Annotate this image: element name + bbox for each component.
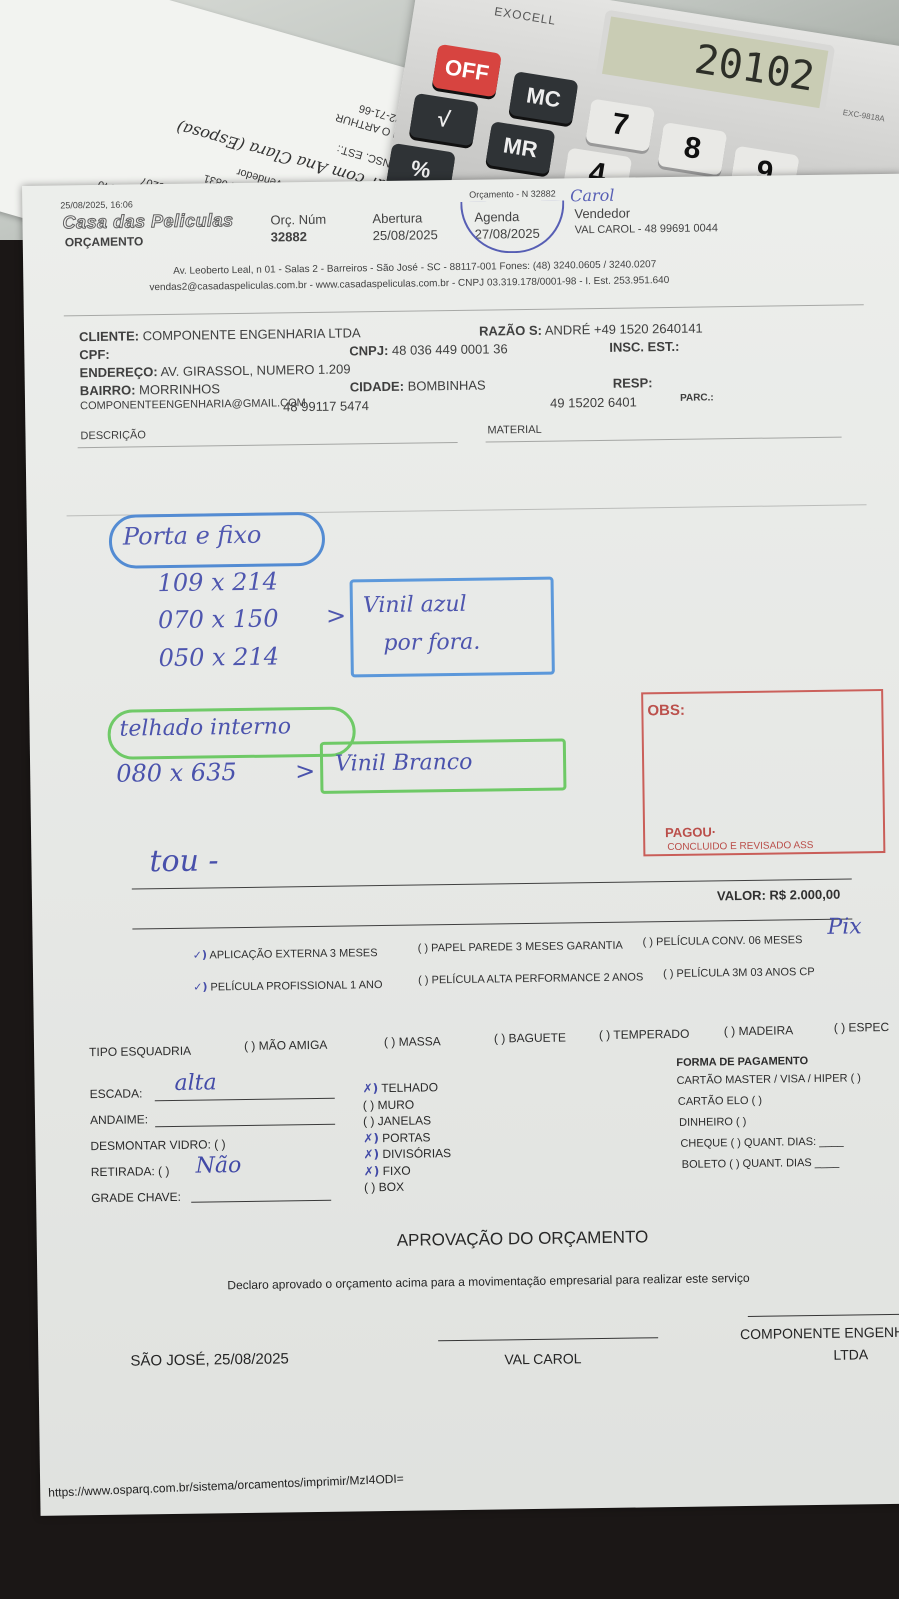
- checkbox[interactable]: ( ): [384, 1035, 396, 1049]
- service-label: PAPEL PAREDE 3 MESES GARANTIA: [428, 940, 623, 955]
- esquadria-option-label: ESPEC: [845, 1020, 889, 1035]
- endereco-value: AV. GIRASSOL, NUMERO 1.209: [160, 361, 350, 379]
- esquadria-option[interactable]: ( ) TEMPERADO: [599, 1027, 690, 1042]
- bairro-label: BAIRRO:: [80, 382, 136, 398]
- group2-material: Vinil Branco: [335, 750, 473, 777]
- agenda-circled-mark: [460, 200, 565, 253]
- cpf-label: CPF:: [79, 347, 110, 362]
- calculator-brand: EXOCELL: [493, 4, 557, 28]
- bairro-value: MORRINHOS: [139, 381, 220, 397]
- checkmark-icon[interactable]: ✗): [363, 1081, 379, 1095]
- payment-note: Pix: [827, 914, 862, 939]
- checkbox[interactable]: ( ): [494, 1031, 506, 1045]
- checkbox[interactable]: ( ): [418, 942, 429, 954]
- endereco-label: ENDEREÇO:: [80, 364, 158, 380]
- quote-reference: Orçamento - N 32882: [469, 189, 556, 200]
- location-option[interactable]: ( ) MURO: [363, 1097, 415, 1112]
- razao-value: ANDRÉ +49 1520 2640141: [545, 321, 703, 338]
- grade-chave-line[interactable]: [191, 1200, 331, 1203]
- esquadria-option-label: MASSA: [395, 1034, 441, 1049]
- total-value: VALOR: R$ 2.000,00: [717, 887, 841, 904]
- endereco-row: ENDEREÇO: AV. GIRASSOL, NUMERO 1.209: [80, 361, 351, 380]
- group1-size: 050 x 214: [158, 642, 279, 672]
- checkmark-icon[interactable]: ✗): [363, 1131, 379, 1145]
- location-label: TELHADO: [378, 1080, 438, 1095]
- signer-1: VAL CAROL: [504, 1350, 581, 1367]
- signer-2: COMPONENTE ENGENHARIA: [740, 1323, 899, 1342]
- cliente-value: COMPONENTE ENGENHARIA LTDA: [143, 325, 361, 343]
- group1-material: por fora.: [383, 630, 480, 656]
- location-option[interactable]: ✗) PORTAS: [363, 1130, 430, 1145]
- cnpj-label: CNPJ:: [349, 343, 388, 359]
- company-logo: Casa das Peliculas: [62, 210, 233, 233]
- concluido-stamp: CONCLUIDO E REVISADO ASS: [667, 840, 813, 853]
- calculator-key-sqrt: √: [409, 93, 479, 146]
- location-option[interactable]: ( ) JANELAS: [363, 1113, 431, 1128]
- resp-label: RESP:: [613, 375, 653, 391]
- esquadria-option-label: MADEIRA: [735, 1023, 793, 1038]
- calculator-model: EXC-9818A: [842, 108, 885, 123]
- payment-option[interactable]: DINHEIRO ( ): [679, 1116, 746, 1129]
- bairro-row: BAIRRO: MORRINHOS: [80, 381, 220, 398]
- service-option[interactable]: ( ) PELÍCULA CONV. 06 MESES: [643, 934, 803, 948]
- calculator-key-mc: MC: [508, 71, 578, 124]
- service-option[interactable]: ✓) PELÍCULA PROFISSIONAL 1 ANO: [193, 978, 382, 994]
- signature-line[interactable]: [438, 1337, 658, 1341]
- calculator-key-8: 8: [657, 122, 727, 175]
- group2-title: telhado interno: [119, 714, 291, 741]
- location-label: JANELAS: [374, 1113, 431, 1128]
- checkmark-icon[interactable]: ✗): [364, 1164, 380, 1178]
- service-label: PELÍCULA CONV. 06 MESES: [653, 934, 803, 948]
- insc-label: INSC. EST.:: [609, 339, 679, 355]
- checkmark-icon[interactable]: ✗): [363, 1147, 379, 1161]
- client-email: COMPONENTEENGENHARIA@GMAIL.COM: [80, 397, 306, 412]
- esquadria-option[interactable]: ( ) MÃO AMIGA: [244, 1038, 328, 1053]
- razao-label: RAZÃO S:: [479, 323, 542, 339]
- col-material: MATERIAL: [487, 424, 541, 437]
- retirada-value: Não: [196, 1153, 242, 1179]
- location-option[interactable]: ✗) FIXO: [364, 1163, 411, 1178]
- group1-size: 109 x 214: [157, 567, 278, 597]
- checkbox[interactable]: ( ): [599, 1028, 611, 1042]
- service-label: APLICAÇÃO EXTERNA 3 MESES: [207, 947, 378, 961]
- payment-title: FORMA DE PAGAMENTO: [676, 1055, 808, 1069]
- service-option[interactable]: ( ) PELÍCULA ALTA PERFORMANCE 2 ANOS: [418, 971, 643, 986]
- location-label: DIVISÓRIAS: [379, 1146, 451, 1161]
- checkbox[interactable]: ( ): [363, 1114, 375, 1128]
- orc-num: 32882: [271, 229, 307, 245]
- checkbox[interactable]: ( ): [418, 974, 429, 986]
- esquadria-option[interactable]: ( ) MADEIRA: [724, 1023, 794, 1038]
- divider: [64, 304, 864, 316]
- esquadria-option-label: MÃO AMIGA: [255, 1038, 327, 1053]
- client-phone-1: 48 99117 5474: [283, 398, 369, 414]
- total-line: [132, 918, 852, 929]
- divider: [78, 442, 458, 448]
- checkbox[interactable]: ( ): [663, 968, 674, 980]
- esquadria-option[interactable]: ( ) ESPEC: [834, 1020, 890, 1035]
- printed-timestamp: 25/08/2025, 16:06: [60, 199, 133, 210]
- checkbox[interactable]: ( ): [724, 1024, 736, 1038]
- payment-option[interactable]: CHEQUE ( ) QUANT. DIAS: ____: [680, 1136, 843, 1150]
- esquadria-option-label: TEMPERADO: [610, 1027, 689, 1042]
- vendedor-name: VAL CAROL - 48 99691 0044: [575, 222, 718, 236]
- payment-option[interactable]: CARTÃO MASTER / VISA / HIPER ( ): [676, 1072, 861, 1087]
- checkbox[interactable]: ( ): [364, 1180, 376, 1194]
- esquadria-option[interactable]: ( ) BAGUETE: [494, 1030, 566, 1045]
- cnpj-row: CNPJ: 48 036 449 0001 36: [349, 341, 508, 358]
- grade-chave-label: GRADE CHAVE:: [91, 1190, 181, 1205]
- service-label: PELÍCULA ALTA PERFORMANCE 2 ANOS: [428, 971, 643, 986]
- service-option[interactable]: ( ) PELÍCULA 3M 03 ANOS CP: [663, 966, 815, 980]
- escada-value[interactable]: alta: [174, 1070, 216, 1096]
- abertura-date: 25/08/2025: [373, 227, 438, 243]
- signature-note: tou -: [149, 843, 219, 879]
- signature-line[interactable]: [748, 1314, 899, 1317]
- checkbox[interactable]: ( ): [643, 936, 654, 948]
- andaime-label: ANDAIME:: [90, 1112, 148, 1127]
- obs-label: OBS:: [647, 702, 685, 720]
- client-phone-2: 49 15202 6401: [550, 394, 637, 410]
- divider: [486, 437, 842, 443]
- service-label: PELÍCULA 3M 03 ANOS CP: [673, 966, 814, 980]
- approval-place-date: SÃO JOSÉ, 25/08/2025: [130, 1350, 289, 1369]
- cliente-label: CLIENTE:: [79, 328, 139, 344]
- abertura-label: Abertura: [372, 210, 422, 226]
- doc-type: ORÇAMENTO: [65, 234, 144, 249]
- location-option[interactable]: ( ) BOX: [364, 1180, 404, 1195]
- andaime-line[interactable]: [155, 1124, 335, 1128]
- service-option[interactable]: ( ) PAPEL PAREDE 3 MESES GARANTIA: [418, 940, 623, 955]
- approval-statement: Declaro aprovado o orçamento acima para …: [227, 1271, 749, 1292]
- service-label: PELÍCULA PROFISSIONAL 1 ANO: [207, 979, 382, 993]
- group1-title: Porta e fixo: [123, 521, 262, 551]
- orc-num-label: Orç. Núm: [270, 212, 326, 228]
- approval-title: APROVAÇÃO DO ORÇAMENTO: [397, 1227, 649, 1251]
- calculator-key-mr: MR: [485, 121, 555, 174]
- desmontar-vidro[interactable]: DESMONTAR VIDRO: ( ): [90, 1137, 225, 1153]
- esquadria-label: TIPO ESQUADRIA: [89, 1044, 191, 1059]
- cidade-label: CIDADE:: [350, 379, 404, 395]
- location-option[interactable]: ✗) DIVISÓRIAS: [363, 1146, 451, 1161]
- esquadria-option[interactable]: ( ) MASSA: [384, 1034, 441, 1049]
- calculator-key-off: OFF: [432, 44, 502, 97]
- escada-label: ESCADA:: [90, 1086, 143, 1101]
- escada-line: [155, 1098, 335, 1102]
- company-contact: vendas2@casadaspeliculas.com.br - www.ca…: [149, 275, 669, 293]
- group1-size: 070 x 150: [158, 604, 279, 634]
- razao-row: RAZÃO S: ANDRÉ +49 1520 2640141: [479, 321, 703, 339]
- checkbox[interactable]: ( ): [834, 1021, 846, 1035]
- location-label: FIXO: [379, 1163, 411, 1177]
- location-label: PORTAS: [379, 1130, 431, 1145]
- payment-option[interactable]: BOLETO ( ) QUANT. DIAS ____: [682, 1157, 840, 1171]
- vendedor-handwritten: Carol: [570, 186, 614, 206]
- location-label: MURO: [374, 1097, 414, 1112]
- esquadria-option-label: BAGUETE: [505, 1030, 566, 1045]
- checkmark-icon[interactable]: ✓): [193, 980, 207, 993]
- arrow-mark: >: [295, 757, 315, 785]
- payment-option[interactable]: CARTÃO ELO ( ): [678, 1095, 762, 1108]
- company-address: Av. Leoberto Leal, n 01 - Salas 2 - Barr…: [173, 259, 656, 277]
- print-url[interactable]: https://www.osparq.com.br/sistema/orcame…: [48, 1471, 404, 1499]
- arrow-mark: >: [326, 602, 346, 630]
- cidade-value: BOMBINHAS: [408, 378, 486, 394]
- retirada-label[interactable]: RETIRADA: ( ): [91, 1164, 170, 1179]
- calculator-key-7: 7: [585, 98, 655, 151]
- pagou-label: PAGOU·: [665, 824, 716, 840]
- client-row: CLIENTE: COMPONENTE ENGENHARIA LTDA: [79, 325, 361, 344]
- location-option[interactable]: ✗) TELHADO: [363, 1080, 439, 1095]
- checkbox[interactable]: ( ): [363, 1098, 375, 1112]
- cidade-row: CIDADE: BOMBINHAS: [350, 378, 486, 395]
- checkbox[interactable]: ( ): [244, 1039, 256, 1053]
- group1-material: Vinil azul: [363, 592, 467, 618]
- col-descricao: DESCRIÇÃO: [80, 429, 146, 442]
- vendedor-label: Vendedor: [574, 206, 630, 222]
- quote-document: 25/08/2025, 16:06 Casa das Peliculas ORÇ…: [22, 174, 899, 1516]
- group2-size: 080 x 635: [116, 758, 237, 788]
- service-option[interactable]: ✓) APLICAÇÃO EXTERNA 3 MESES: [193, 946, 378, 962]
- signer-2-suffix: LTDA: [833, 1346, 868, 1362]
- parc-label: PARC.:: [680, 392, 714, 403]
- cnpj-value: 48 036 449 0001 36: [392, 341, 508, 358]
- checkmark-icon[interactable]: ✓): [193, 948, 207, 961]
- location-label: BOX: [375, 1180, 404, 1194]
